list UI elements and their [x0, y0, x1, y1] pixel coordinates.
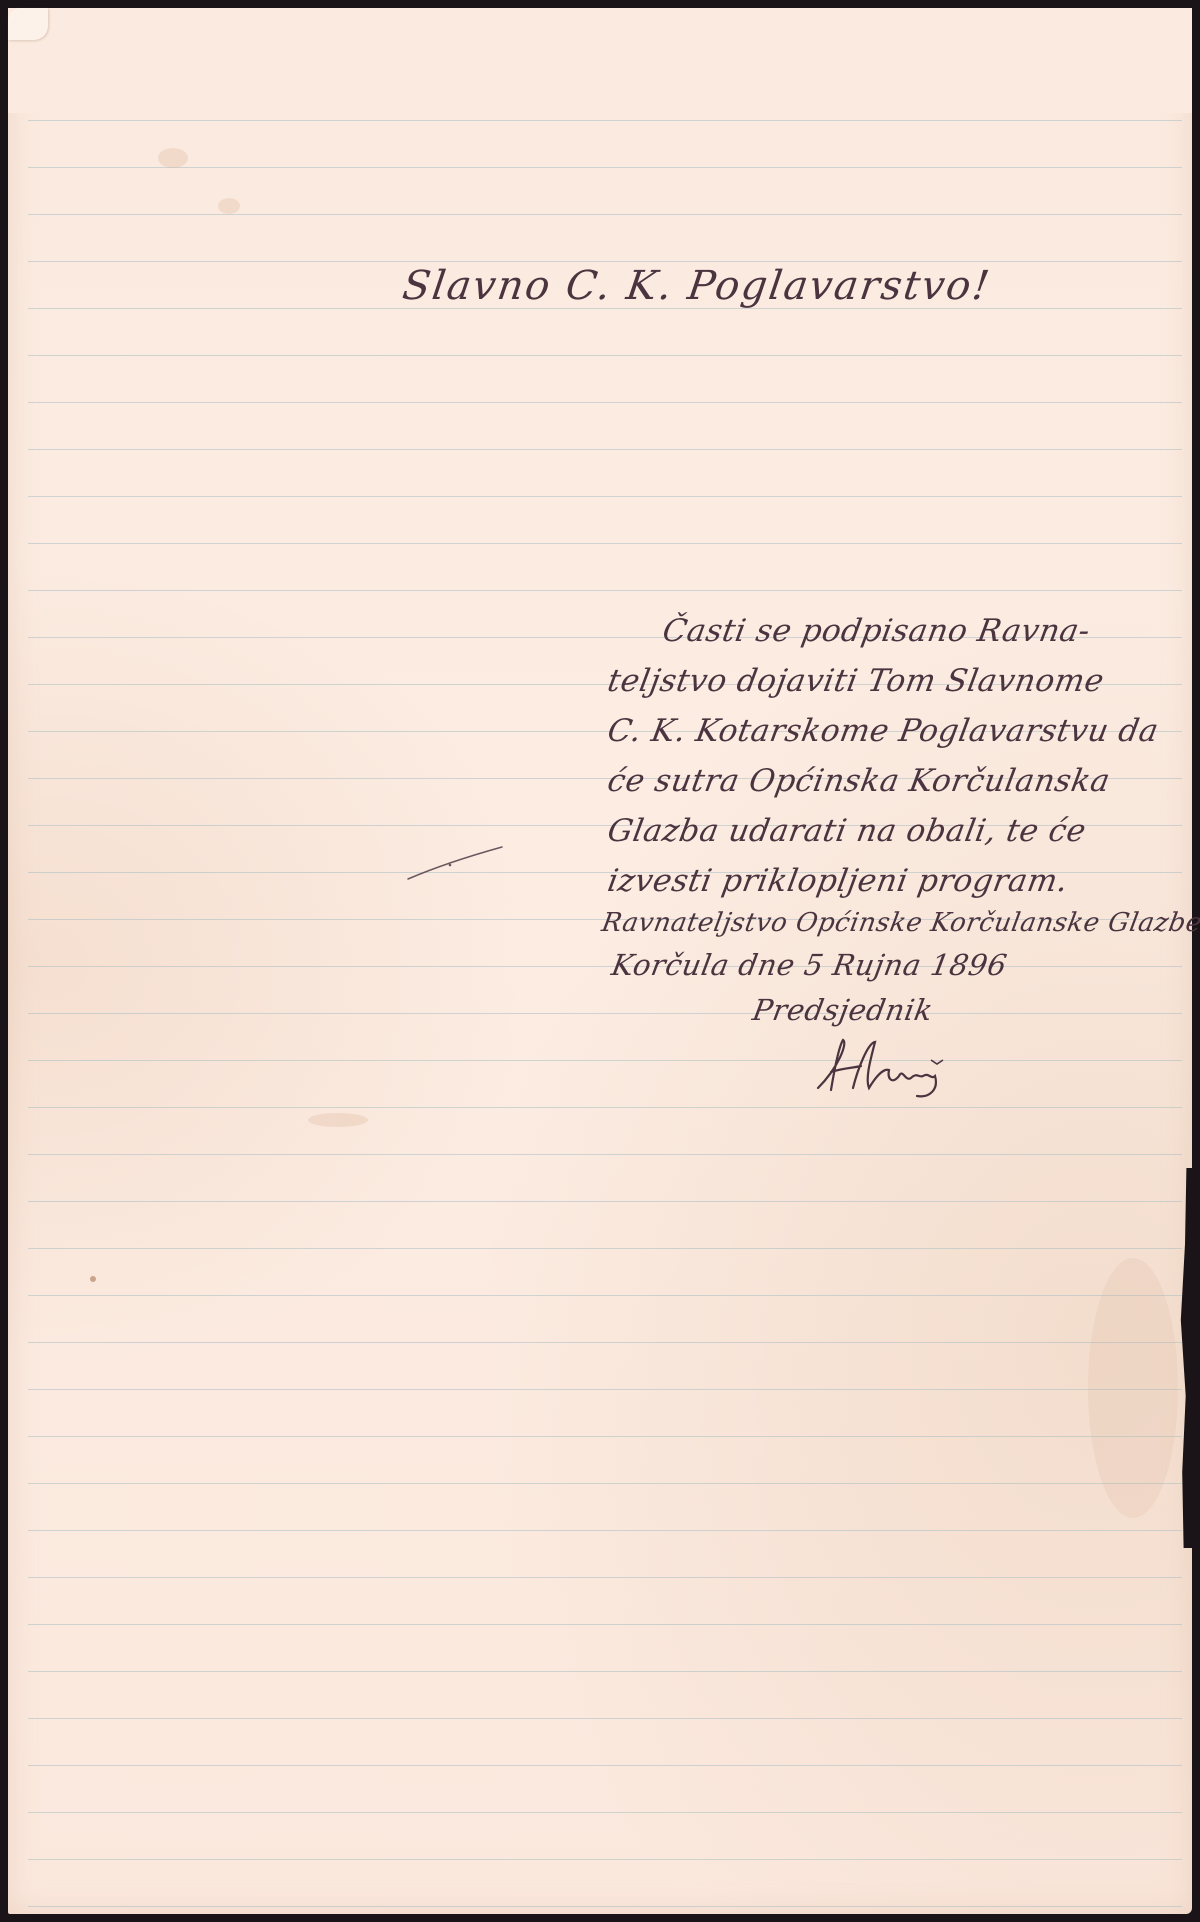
- place-date-line: Korčula dne 5 Rujna 1896: [609, 948, 1010, 982]
- sender-line: Ravnateljstvo Općinske Korčulanske Glazb…: [599, 908, 1200, 938]
- torn-edge: [1178, 1168, 1192, 1548]
- foxing-stain: [158, 148, 188, 168]
- spot: [90, 1276, 96, 1282]
- body-line-3: C. K. Kotarskome Poglavarstvu da: [605, 713, 1162, 749]
- body-line-5: Glazba udarati na obali, te će: [605, 813, 1089, 849]
- foxing-stain: [218, 198, 240, 214]
- water-stain: [1088, 1258, 1178, 1518]
- body-line-2: teljstvo dojaviti Tom Slavnome: [605, 663, 1107, 699]
- signatory-title: Predsjednik: [750, 993, 936, 1027]
- body-line-6: izvesti priklopljeni program.: [605, 863, 1071, 899]
- salutation: Slavno C. K. Poglavarstvo!: [400, 263, 994, 309]
- body-line-4: će sutra Općinska Korčulanska: [605, 763, 1113, 799]
- foxing-stain: [308, 1113, 368, 1127]
- body-line-1: Časti se podpisano Ravna-: [660, 613, 1093, 649]
- top-margin: [8, 8, 1192, 113]
- letter-page: Slavno C. K. Poglavarstvo! Časti se podp…: [8, 8, 1192, 1914]
- signature-scrawl-icon: [813, 1038, 963, 1098]
- slash-mark-icon: [406, 843, 506, 883]
- folded-corner: [8, 8, 48, 40]
